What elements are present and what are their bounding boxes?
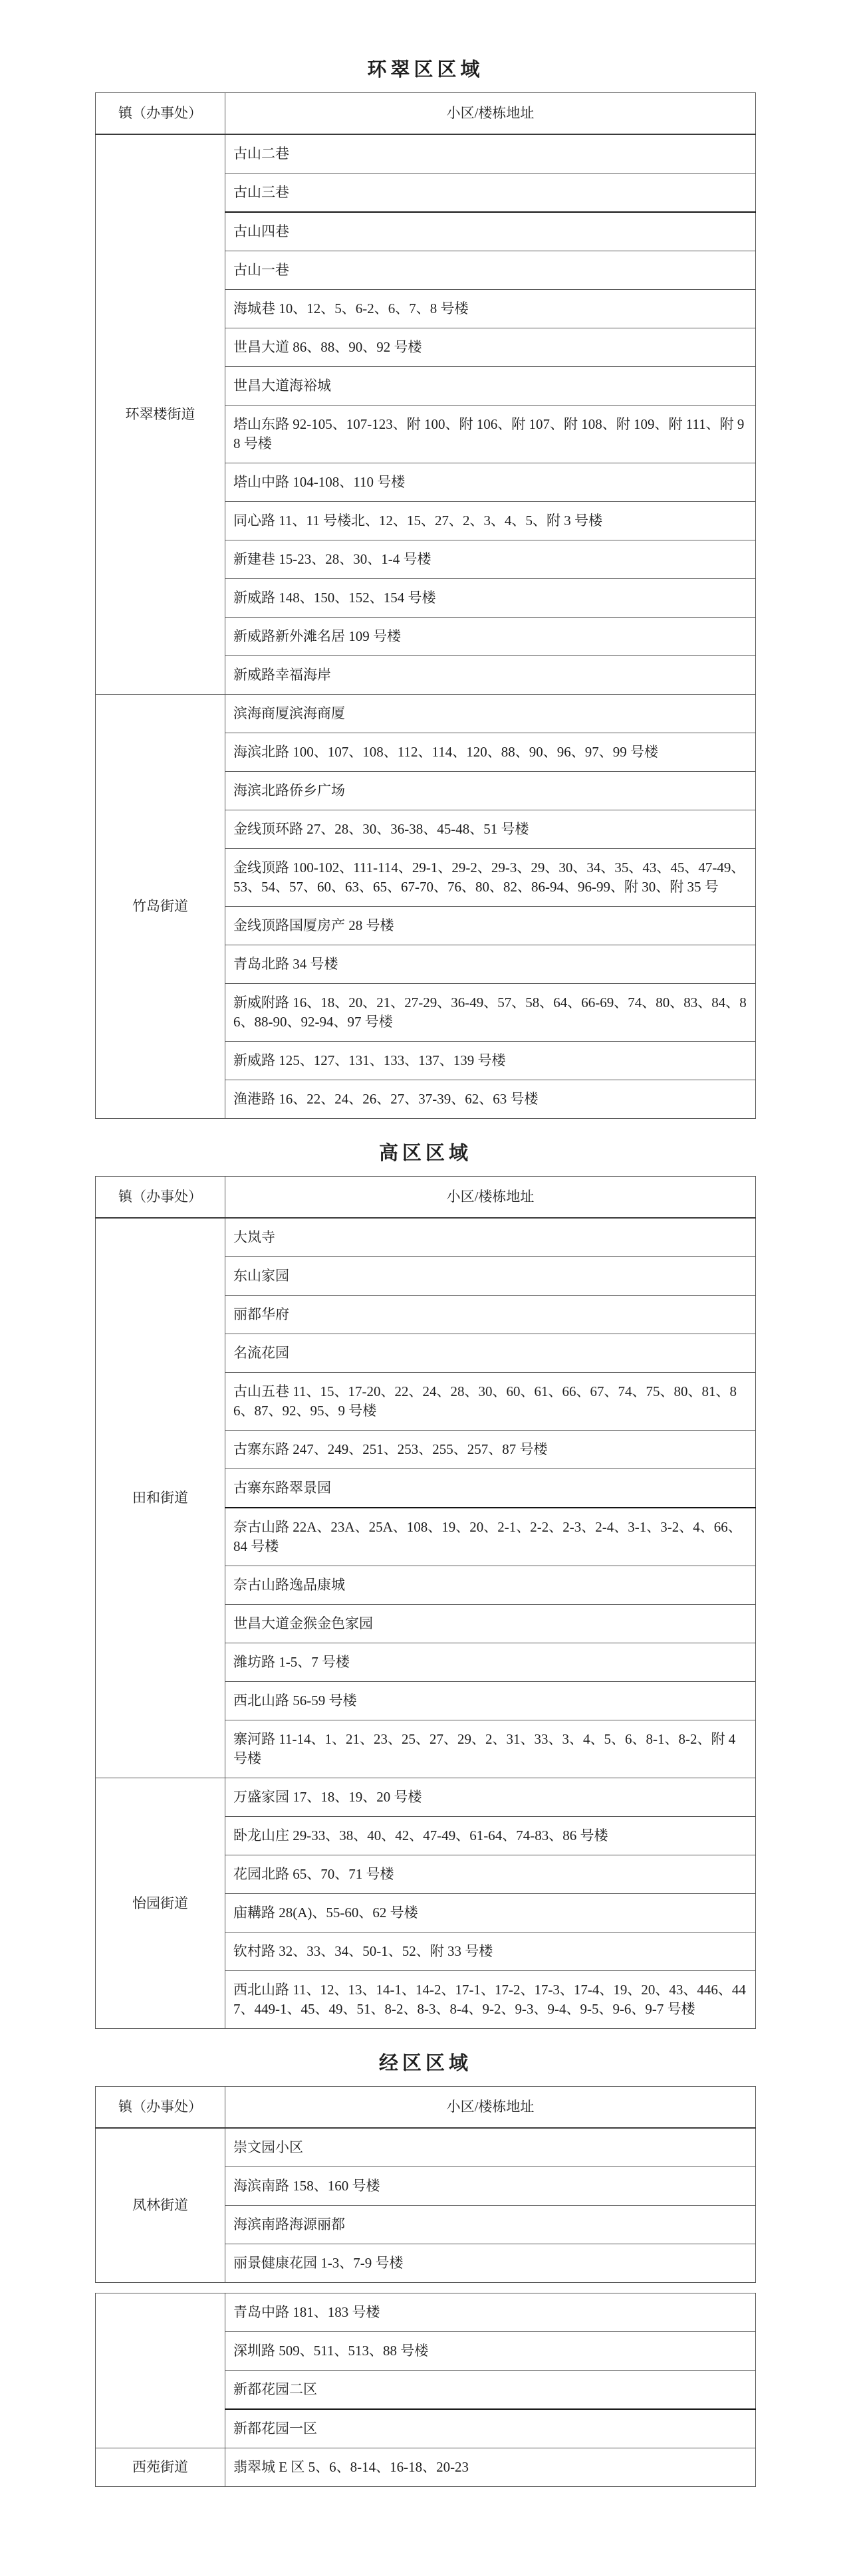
header-cell-address: 小区/楼栋地址	[225, 2087, 756, 2129]
address-cell: 钦村路 32、33、34、50-1、52、附 33 号楼	[225, 1932, 756, 1971]
address-cell: 世昌大道金猴金色家园	[225, 1605, 756, 1643]
address-cell: 东山家园	[225, 1257, 756, 1296]
address-cell: 金线顶路国厦房产 28 号楼	[225, 907, 756, 945]
address-cell: 大岚寺	[225, 1218, 756, 1257]
address-cell: 丽景健康花园 1-3、7-9 号楼	[225, 2244, 756, 2283]
table-row: 怡园街道万盛家园 17、18、19、20 号楼	[96, 1778, 756, 1817]
document-page: 环翠区区域镇（办事处）小区/楼栋地址环翠楼街道古山二巷古山三巷古山四巷古山一巷海…	[0, 0, 851, 2487]
address-cell: 奈古山路逸品康城	[225, 1566, 756, 1605]
district-section: 环翠区区域镇（办事处）小区/楼栋地址环翠楼街道古山二巷古山三巷古山四巷古山一巷海…	[0, 57, 851, 1119]
header-cell-town: 镇（办事处）	[96, 2087, 225, 2129]
address-cell: 新威附路 16、18、20、21、27-29、36-49、57、58、64、66…	[225, 984, 756, 1042]
address-cell: 古山一巷	[225, 251, 756, 290]
district-section: 经区区域镇（办事处）小区/楼栋地址凤林街道崇文园小区海滨南路 158、160 号…	[0, 2051, 851, 2487]
address-cell: 西北山路 56-59 号楼	[225, 1682, 756, 1720]
address-cell: 金线顶环路 27、28、30、36-38、45-48、51 号楼	[225, 810, 756, 849]
address-cell: 万盛家园 17、18、19、20 号楼	[225, 1778, 756, 1817]
table-row: 青岛中路 181、183 号楼	[96, 2293, 756, 2332]
group-cell: 环翠楼街道	[96, 134, 225, 695]
address-cell: 潍坊路 1-5、7 号楼	[225, 1643, 756, 1682]
address-cell: 渔港路 16、22、24、26、27、37-39、62、63 号楼	[225, 1080, 756, 1119]
header-cell-town: 镇（办事处）	[96, 93, 225, 135]
address-cell: 崇文园小区	[225, 2128, 756, 2167]
address-cell: 新建巷 15-23、28、30、1-4 号楼	[225, 540, 756, 579]
header-cell-town: 镇（办事处）	[96, 1177, 225, 1219]
address-cell: 寨河路 11-14、1、21、23、25、27、29、2、31、33、3、4、5…	[225, 1720, 756, 1778]
section-title: 经区区域	[0, 2051, 851, 2076]
address-cell: 新都花园一区	[225, 2409, 756, 2448]
address-cell: 深圳路 509、511、513、88 号楼	[225, 2332, 756, 2371]
table-row: 凤林街道崇文园小区	[96, 2128, 756, 2167]
group-cell: 西苑街道	[96, 2448, 225, 2487]
address-cell: 古山三巷	[225, 174, 756, 213]
address-cell: 新威路幸福海岸	[225, 656, 756, 695]
table-row: 环翠楼街道古山二巷	[96, 134, 756, 174]
section-title: 环翠区区域	[0, 57, 851, 82]
district-table: 镇（办事处）小区/楼栋地址田和街道大岚寺东山家园丽都华府名流花园古山五巷 11、…	[95, 1176, 756, 2029]
address-cell: 滨海商厦滨海商厦	[225, 695, 756, 733]
address-cell: 新威路新外滩名居 109 号楼	[225, 618, 756, 656]
address-cell: 新都花园二区	[225, 2371, 756, 2410]
group-cell	[96, 2293, 225, 2448]
header-row: 镇（办事处）小区/楼栋地址	[96, 2087, 756, 2129]
address-cell: 奈古山路 22A、23A、25A、108、19、20、2-1、2-2、2-3、2…	[225, 1508, 756, 1566]
address-cell: 海滨南路海源丽都	[225, 2206, 756, 2244]
district-section: 高区区域镇（办事处）小区/楼栋地址田和街道大岚寺东山家园丽都华府名流花园古山五巷…	[0, 1141, 851, 2029]
address-cell: 名流花园	[225, 1334, 756, 1373]
district-table: 镇（办事处）小区/楼栋地址环翠楼街道古山二巷古山三巷古山四巷古山一巷海城巷 10…	[95, 92, 756, 1119]
table-row: 田和街道大岚寺	[96, 1218, 756, 1257]
address-cell: 新威路 148、150、152、154 号楼	[225, 579, 756, 618]
header-cell-address: 小区/楼栋地址	[225, 93, 756, 135]
address-cell: 古山四巷	[225, 212, 756, 251]
address-cell: 海城巷 10、12、5、6-2、6、7、8 号楼	[225, 290, 756, 328]
header-row: 镇（办事处）小区/楼栋地址	[96, 1177, 756, 1219]
table-row: 西苑街道翡翠城 E 区 5、6、8-14、16-18、20-23	[96, 2448, 756, 2487]
address-cell: 世昌大道 86、88、90、92 号楼	[225, 328, 756, 367]
address-cell: 花园北路 65、70、71 号楼	[225, 1855, 756, 1894]
address-cell: 金线顶路 100-102、111-114、29-1、29-2、29-3、29、3…	[225, 849, 756, 907]
address-cell: 庙耩路 28(A)、55-60、62 号楼	[225, 1894, 756, 1932]
address-cell: 同心路 11、11 号楼北、12、15、27、2、3、4、5、附 3 号楼	[225, 502, 756, 540]
group-cell: 田和街道	[96, 1218, 225, 1778]
table-row: 竹岛街道滨海商厦滨海商厦	[96, 695, 756, 733]
address-cell: 世昌大道海裕城	[225, 367, 756, 406]
address-cell: 塔山东路 92-105、107-123、附 100、附 106、附 107、附 …	[225, 406, 756, 463]
address-cell: 翡翠城 E 区 5、6、8-14、16-18、20-23	[225, 2448, 756, 2487]
sections-root: 环翠区区域镇（办事处）小区/楼栋地址环翠楼街道古山二巷古山三巷古山四巷古山一巷海…	[0, 57, 851, 2487]
address-cell: 古寨东路 247、249、251、253、255、257、87 号楼	[225, 1431, 756, 1469]
address-cell: 卧龙山庄 29-33、38、40、42、47-49、61-64、74-83、86…	[225, 1817, 756, 1855]
header-row: 镇（办事处）小区/楼栋地址	[96, 93, 756, 135]
address-cell: 青岛北路 34 号楼	[225, 945, 756, 984]
address-cell: 古山五巷 11、15、17-20、22、24、28、30、60、61、66、67…	[225, 1373, 756, 1431]
address-cell: 新威路 125、127、131、133、137、139 号楼	[225, 1042, 756, 1080]
address-cell: 古山二巷	[225, 134, 756, 174]
district-table: 青岛中路 181、183 号楼深圳路 509、511、513、88 号楼新都花园…	[95, 2293, 756, 2487]
group-cell: 怡园街道	[96, 1778, 225, 2029]
address-cell: 塔山中路 104-108、110 号楼	[225, 463, 756, 502]
group-cell: 凤林街道	[96, 2128, 225, 2283]
section-title: 高区区域	[0, 1141, 851, 1166]
district-table: 镇（办事处）小区/楼栋地址凤林街道崇文园小区海滨南路 158、160 号楼海滨南…	[95, 2086, 756, 2283]
group-cell: 竹岛街道	[96, 695, 225, 1119]
address-cell: 青岛中路 181、183 号楼	[225, 2293, 756, 2332]
address-cell: 海滨北路 100、107、108、112、114、120、88、90、96、97…	[225, 733, 756, 772]
address-cell: 古寨东路翠景园	[225, 1469, 756, 1508]
address-cell: 丽都华府	[225, 1296, 756, 1334]
address-cell: 海滨北路侨乡广场	[225, 772, 756, 810]
address-cell: 西北山路 11、12、13、14-1、14-2、17-1、17-2、17-3、1…	[225, 1971, 756, 2029]
address-cell: 海滨南路 158、160 号楼	[225, 2167, 756, 2206]
header-cell-address: 小区/楼栋地址	[225, 1177, 756, 1219]
